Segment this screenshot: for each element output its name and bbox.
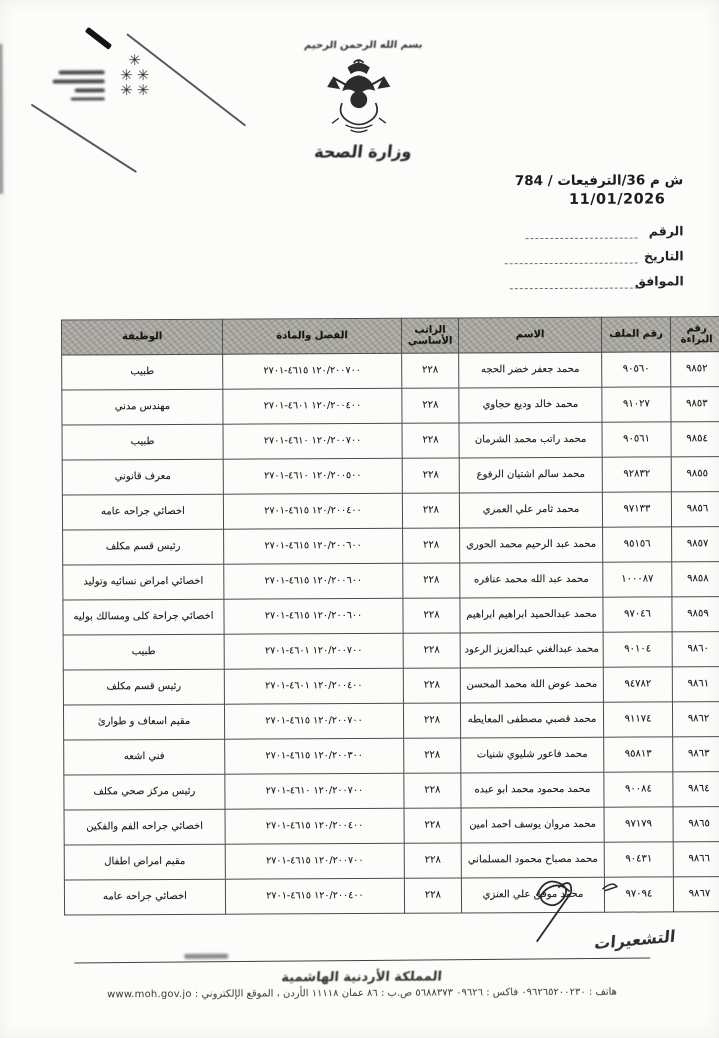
field-corresponding: الموافق [444, 263, 684, 289]
column-header-file-no: رقم الملف [601, 317, 670, 352]
table-row: ٩٨٦٠٩٠١٠٤محمد عبدالغني عبدالعزيز الرعود٢… [63, 632, 719, 670]
footer-rule-line [74, 957, 650, 963]
cell-chapter-article: ١٢٠/٢٠٠٤٠٠ ٤٦١٥-٢٧٠١ [223, 493, 402, 529]
cell-job-title: رئيس مركز صحي مكلف [64, 774, 225, 810]
cell-chapter-article: ١٢٠/٢٠٠٧٠٠ ٤٦١٠-٢٧٠١ [225, 773, 404, 809]
cell-basic-salary: ٢٢٨ [402, 458, 459, 493]
cell-file-no: ٩٠١٠٤ [603, 632, 672, 667]
cell-chapter-article: ١٢٠/٢٠٠٧٠٠ ٤٦٠١-٢٧٠١ [224, 633, 403, 669]
fill-in-fields: الرقم التاريخ الموافق [443, 213, 683, 289]
reference-block: ش م 36/الترفيعات / 784 11/01/2026 الرقم … [443, 172, 684, 289]
stamp-star-seals-icon: ✳✳✳✳✳ [109, 53, 165, 98]
cell-seq-no: ٩٨٦٠ [672, 632, 719, 667]
cell-employee-name: محمد مروان يوسف احمد امين [461, 807, 604, 843]
cell-basic-salary: ٢٢٨ [402, 388, 459, 423]
column-header-chapter-article: الفصل والمادة [222, 318, 401, 354]
cell-basic-salary: ٢٢٨ [404, 843, 461, 878]
ministry-name-calligraphy: وزارة الصحة [292, 141, 434, 162]
cell-seq-no: ٩٨٥٩ [672, 597, 719, 632]
basmala-calligraphy: بسم الله الرحمن الرحيم [302, 40, 423, 52]
cell-seq-no: ٩٨٥٧ [672, 527, 719, 562]
promotions-table: رقم البراءةرقم الملفالاسمالراتب الأساسيا… [61, 316, 719, 915]
cell-job-title: اخصائي جراحه عامه [64, 879, 225, 915]
tiny-illegible-text [184, 954, 228, 959]
table-row: ٩٨٦٣٩٥٨١٣محمد فاعور شليوي شنيات٢٢٨١٢٠/٢٠… [64, 737, 719, 775]
cell-job-title: مهندس مدني [62, 389, 223, 425]
table-row: ٩٨٥٥٩٢٨٣٢محمد سالم اشتيان الرفوع٢٢٨١٢٠/٢… [62, 457, 719, 495]
cell-seq-no: ٩٨٥٨ [672, 562, 719, 597]
table-row: ٩٨٥٨١٠٠٠٨٧محمد عبد الله محمد عنافره٢٢٨١٢… [63, 562, 719, 600]
cell-seq-no: ٩٨٦٧ [673, 877, 719, 912]
cell-chapter-article: ١٢٠/٢٠٠٦٠٠ ٤٦١٥-٢٧٠١ [224, 563, 403, 599]
cell-chapter-article: ١٢٠/٢٠٠٧٠٠ ٤٦١٥-٢٧٠١ [224, 703, 403, 739]
cell-file-no: ٩٢٨٣٢ [602, 457, 671, 492]
cell-employee-name: محمد خالد وديع حجاوي [459, 387, 602, 423]
cell-file-no: ٩٥٨١٣ [604, 737, 673, 772]
field-label: التاريخ [638, 248, 684, 263]
cell-employee-name: محمد سالم اشتيان الرفوع [459, 457, 602, 493]
column-header-seq-no: رقم البراءة [670, 317, 719, 352]
column-header-basic-salary: الراتب الأساسي [401, 318, 458, 353]
cell-seq-no: ٩٨٦١ [672, 667, 719, 702]
cell-seq-no: ٩٨٥٢ [671, 352, 719, 387]
cell-job-title: اخصائي امراض نسائيه وتوليد [63, 564, 224, 600]
blank-line [505, 249, 638, 265]
reference-date: 11/01/2026 [443, 191, 665, 208]
cell-job-title: مقيم امراض اطفال [64, 844, 225, 880]
cell-basic-salary: ٢٢٨ [404, 773, 461, 808]
cell-job-title: مقيم اسعاف و طوارئ [63, 704, 224, 740]
table-row: ٩٨٥٣٩١٠٢٧محمد خالد وديع حجاوي٢٢٨١٢٠/٢٠٠٤… [62, 387, 719, 425]
cell-chapter-article: ١٢٠/٢٠٠٤٠٠ ٤٦٠١-٢٧٠١ [223, 388, 402, 424]
cell-chapter-article: ١٢٠/٢٠٠٧٠٠ ٤٦١٥-٢٧٠١ [223, 353, 402, 389]
pen-mark [85, 27, 112, 50]
column-header-employee-name: الاسم [458, 317, 601, 353]
cell-chapter-article: ١٢٠/٢٠٠٥٠٠ ٤٦١٠-٢٧٠١ [223, 458, 402, 494]
cell-job-title: اخصائي جراحه عامه [62, 494, 223, 530]
cell-basic-salary: ٢٢٨ [404, 738, 461, 773]
cell-seq-no: ٩٨٥٤ [671, 422, 719, 457]
cell-job-title: اخصائي جراحه الفم والفكين [64, 809, 225, 845]
table-row: ٩٨٦٤٩٠٠٨٤محمد محمود محمد ابو عبده٢٢٨١٢٠/… [64, 772, 719, 810]
cell-file-no: ٩٠٠٨٤ [604, 772, 673, 807]
cell-file-no: ٩١٠٢٧ [602, 387, 671, 422]
field-number: الرقم [443, 213, 683, 239]
cell-chapter-article: ١٢٠/٢٠٠٦٠٠ ٤٦١٥-٢٧٠١ [224, 528, 403, 564]
table-row: ٩٨٥٦٩٧١٣٣محمد ثامر علي العمري٢٢٨١٢٠/٢٠٠٤… [62, 492, 719, 530]
cell-seq-no: ٩٨٦٥ [673, 807, 719, 842]
footer: المملكة الأردنية الهاشمية هاتف : ٠٩٦٢٦٥٢… [2, 964, 719, 1001]
cell-seq-no: ٩٨٥٥ [671, 457, 719, 492]
jordan-coat-of-arms-icon [316, 56, 402, 140]
cell-employee-name: محمد راتب محمد الشرمان [459, 422, 602, 458]
cell-employee-name: محمد ثامر علي العمري [459, 492, 602, 528]
cell-seq-no: ٩٨٥٣ [671, 387, 719, 422]
cell-employee-name: محمد عبد الله محمد عنافره [460, 562, 603, 598]
cell-employee-name: محمد عوض الله محمد المحسن [460, 667, 603, 703]
cell-file-no: ٩٤٧٨٢ [603, 667, 672, 702]
cell-file-no: ٩٥١٥٦ [603, 527, 672, 562]
cell-employee-name: محمد عبد الرحيم محمد الحوري [460, 527, 603, 563]
table-row: ٩٨٥٢٩٠٥٦٠محمد جعفر خضر الحجه٢٢٨١٢٠/٢٠٠٧٠… [62, 352, 719, 390]
cell-file-no: ٩١١٧٤ [603, 702, 672, 737]
table-body: ٩٨٥٢٩٠٥٦٠محمد جعفر خضر الحجه٢٢٨١٢٠/٢٠٠٧٠… [62, 352, 719, 915]
cell-chapter-article: ١٢٠/٢٠٠٦٠٠ ٤٦١٥-٢٧٠١ [224, 598, 403, 634]
blank-line [510, 274, 638, 290]
contact-line: هاتف : ٠٩٦٢٦٥٢٠٠٢٣٠ فاكس : ٠٩٦٢٦ ٥٦٨٨٣٧٣… [2, 986, 719, 1001]
cell-file-no: ١٠٠٠٨٧ [603, 562, 672, 597]
cell-job-title: معرف قانوني [62, 459, 223, 495]
header-row: رقم البراءةرقم الملفالاسمالراتب الأساسيا… [61, 317, 719, 355]
scan-edge-artifact [0, 44, 3, 194]
cell-employee-name: محمد محمود محمد ابو عبده [461, 772, 604, 808]
cell-job-title: رئيس قسم مكلف [63, 529, 224, 565]
cell-chapter-article: ١٢٠/٢٠٠٤٠٠ ٤٦٠١-٢٧٠١ [224, 668, 403, 704]
cell-basic-salary: ٢٢٨ [402, 493, 459, 528]
cell-chapter-article: ١٢٠/٢٠٠٣٠٠ ٤٦١٥-٢٧٠١ [225, 738, 404, 774]
table-row: ٩٨٦٢٩١١٧٤محمد قصبي مصطفى المعايطه٢٢٨١٢٠/… [63, 702, 719, 740]
table-row: ٩٨٦٥٩٧١٧٩محمد مروان يوسف احمد امين٢٢٨١٢٠… [64, 807, 719, 845]
cell-basic-salary: ٢٢٨ [403, 598, 460, 633]
cell-job-title: اخصائي جراحة كلى ومسالك بوليه [63, 599, 224, 635]
blank-line [525, 224, 637, 240]
document-content: ✳✳✳✳✳ بسم الله الرحمن الرحيم وزارة الصحة… [0, 0, 719, 1038]
cell-employee-name: محمد فاعور شليوي شنيات [461, 737, 604, 773]
cell-basic-salary: ٢٢٨ [404, 808, 461, 843]
cell-file-no: ٩٧٠٤٦ [603, 597, 672, 632]
cell-employee-name: محمد جعفر خضر الحجه [459, 352, 602, 388]
cell-basic-salary: ٢٢٨ [403, 528, 460, 563]
cell-employee-name: محمد عبدالحميد ابراهيم ابراهيم [460, 597, 603, 633]
reference-number: ش م 36/الترفيعات / 784 [443, 172, 683, 189]
cell-seq-no: ٩٨٦٣ [673, 737, 719, 772]
table-row: ٩٨٦١٩٤٧٨٢محمد عوض الله محمد المحسن٢٢٨١٢٠… [63, 667, 719, 705]
cell-chapter-article: ١٢٠/٢٠٠٧٠٠ ٤٦١٥-٢٧٠١ [225, 843, 404, 879]
cell-chapter-article: ١٢٠/٢٠٠٤٠٠ ٤٦١٥-٢٧٠١ [225, 878, 404, 914]
scanned-document-page: ✳✳✳✳✳ بسم الله الرحمن الرحيم وزارة الصحة… [0, 0, 719, 1038]
cell-employee-name: محمد عبدالغني عبدالعزيز الرعود [460, 632, 603, 668]
cell-seq-no: ٩٨٦٦ [673, 842, 719, 877]
cell-file-no: ٩٧١٧٩ [604, 807, 673, 842]
cell-basic-salary: ٢٢٨ [402, 423, 459, 458]
cell-file-no: ٩٧١٣٣ [602, 492, 671, 527]
cell-seq-no: ٩٨٦٤ [673, 772, 719, 807]
cell-basic-salary: ٢٢٨ [403, 633, 460, 668]
cell-job-title: طبيب [62, 424, 223, 460]
field-label: الرقم [637, 223, 683, 238]
table-header: رقم البراءةرقم الملفالاسمالراتب الأساسيا… [61, 317, 719, 355]
cell-job-title: طبيب [62, 354, 223, 390]
cell-job-title: رئيس قسم مكلف [63, 669, 224, 705]
cell-basic-salary: ٢٢٨ [403, 703, 460, 738]
column-header-job-title: الوظيفة [61, 319, 222, 355]
table-row: ٩٨٥٧٩٥١٥٦محمد عبد الرحيم محمد الحوري٢٢٨١… [63, 527, 719, 565]
cell-employee-name: محمد قصبي مصطفى المعايطه [460, 702, 603, 738]
cell-basic-salary: ٢٢٨ [404, 878, 461, 913]
table-row: ٩٨٥٤٩٠٥٦١محمد راتب محمد الشرمان٢٢٨١٢٠/٢٠… [62, 422, 719, 460]
cell-job-title: طبيب [63, 634, 224, 670]
kingdom-title: المملكة الأردنية الهاشمية [281, 970, 443, 986]
cell-basic-salary: ٢٢٨ [403, 668, 460, 703]
field-label: الموافق [638, 273, 684, 288]
cell-chapter-article: ١٢٠/٢٠٠٧٠٠ ٤٦١٠-٢٧٠١ [223, 423, 402, 459]
official-registry-stamp-icon: ✳✳✳✳✳ [53, 53, 183, 134]
cell-chapter-article: ١٢٠/٢٠٠٤٠٠ ٤٦١٥-٢٧٠١ [225, 808, 404, 844]
cell-basic-salary: ٢٢٨ [403, 563, 460, 598]
field-date: التاريخ [444, 238, 684, 264]
cell-file-no: ٩٠٥٦١ [602, 422, 671, 457]
cell-basic-salary: ٢٢٨ [402, 353, 459, 388]
cell-file-no: ٩٠٥٦٠ [602, 352, 671, 387]
table-row: ٩٨٥٩٩٧٠٤٦محمد عبدالحميد ابراهيم ابراهيم٢… [63, 597, 719, 635]
stamp-illegible-text [53, 65, 105, 105]
cell-seq-no: ٩٨٥٦ [671, 492, 719, 527]
cell-seq-no: ٩٨٦٢ [672, 702, 719, 737]
cell-job-title: فني اشعه [64, 739, 225, 775]
